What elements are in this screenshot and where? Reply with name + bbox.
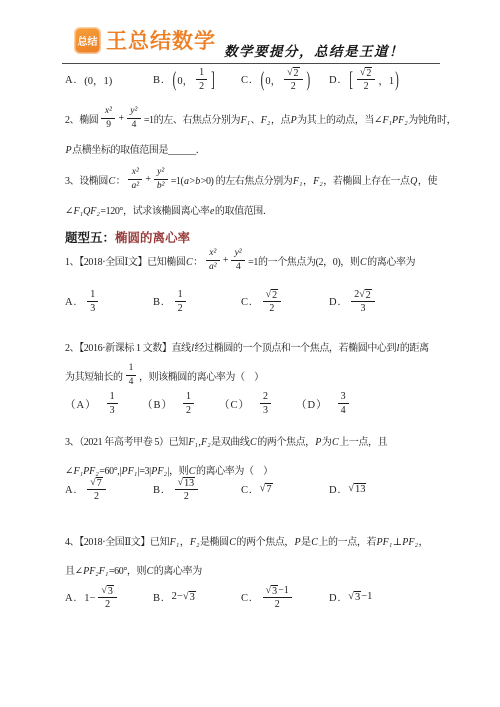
problem-line: 2、椭圆x²9+y²4=1的左、右焦点分别为F₁、F₂，点P为其上的动点，当∠F… [65, 106, 448, 132]
header-slogan: 数学要提分，总结是王道！ [224, 40, 404, 60]
fraction-numerator: 2√2 [351, 289, 374, 302]
text-run: + [118, 113, 123, 124]
text-run: ，1 [378, 73, 394, 88]
radicand: 13 [354, 483, 367, 496]
option-label: D. [329, 75, 341, 86]
option-c: C.√22 [241, 286, 329, 318]
text-run: 4、【2018·全国Ⅱ文】已知F₁，F₂是椭圆C的两个焦点，P是C上的一点，若P… [65, 533, 428, 548]
fraction: 34 [338, 391, 349, 418]
fraction-numerator: x² [206, 248, 220, 261]
brand-logo: 总结 王总结数学 [74, 25, 216, 55]
fraction: 14 [126, 363, 136, 389]
option-label: A. [65, 593, 77, 604]
radicand: 3 [271, 585, 278, 597]
radicand: 3 [107, 585, 114, 597]
option-label: B. [153, 297, 165, 308]
options-row: A.1−√32B.2−√3C.√3−12D.√3−1 [65, 582, 448, 614]
fraction-numerator: 1 [183, 391, 194, 404]
text-run: √13 [348, 483, 366, 496]
fraction: y²b² [154, 167, 168, 193]
text-run: 3、设椭圆C： [65, 172, 125, 187]
fraction-numerator: 1 [107, 391, 118, 404]
fraction-numerator: x² [101, 106, 115, 119]
problem-line: 为其短轴长的14，则该椭圆的离心率为（ ） [65, 363, 448, 389]
option-label: B. [153, 75, 165, 86]
radical: √3 [183, 591, 196, 604]
fraction: √22 [263, 289, 281, 316]
fraction-denominator: 3 [110, 404, 115, 417]
text-run: + [223, 255, 228, 266]
text-run: P点横坐标的取值范围是______． [65, 141, 205, 156]
option-c: C.√7 [241, 474, 329, 506]
radicand: 3 [189, 591, 196, 604]
stretch-bracket: ) [394, 68, 400, 91]
fraction-numerator: 1 [126, 363, 136, 376]
fraction-denominator: 2 [199, 80, 204, 93]
text-run: =1的左、右焦点分别为F₁、F₂，点P为其上的动点，当∠F₁PF₂为钝角时， [144, 111, 456, 126]
text-run: ∠F₁QF₂=120°，试求该椭圆离心率e的取值范围． [65, 202, 273, 217]
stretch-bracket: [ [348, 68, 354, 91]
fraction-denominator: 2 [184, 490, 189, 503]
option-label: D. [329, 485, 341, 496]
option-b: B.(0，12] [153, 64, 241, 96]
fraction-numerator: y² [127, 106, 141, 119]
stretch-bracket: ( [172, 68, 178, 91]
radical: √3 [101, 585, 113, 597]
radical: √2 [360, 67, 372, 79]
problem-text: 2、椭圆x²9+y²4=1的左、右焦点分别为F₁、F₂，点P为其上的动点，当∠F… [65, 106, 448, 166]
fraction-numerator: √13 [175, 477, 198, 490]
option-label: A. [65, 75, 77, 86]
fraction-denominator: 4 [129, 376, 133, 389]
option-label: （A） [65, 397, 97, 412]
fraction-denominator: 3 [263, 404, 268, 417]
fraction-denominator: 3 [90, 302, 95, 315]
fraction: √22 [357, 67, 375, 94]
options-row: （A）13（B）12（C）23（D）34 [65, 388, 448, 420]
option-label: D. [329, 297, 341, 308]
fraction-denominator: 4 [236, 261, 240, 274]
fraction-numerator: √3 [98, 585, 116, 598]
fraction-numerator: 1 [87, 289, 98, 302]
fraction-numerator: √2 [284, 67, 302, 80]
fraction: 23 [260, 391, 271, 418]
radical: √2 [359, 289, 371, 301]
option-label: C. [241, 485, 253, 496]
option-b: B.√132 [153, 474, 241, 506]
radical: √3 [266, 585, 278, 597]
problem-text: 3、设椭圆C：x²a²+y²b²=1(a>b>0) 的左右焦点分别为F₁，F₂，… [65, 167, 448, 227]
fraction: √22 [284, 67, 302, 94]
fraction-denominator: 2 [178, 302, 183, 315]
option-label: B. [153, 593, 165, 604]
text-run: 1、【2018·全国Ⅰ文】已知椭圆C： [65, 253, 203, 268]
fraction: 13 [107, 391, 118, 418]
fraction-denominator: 2 [275, 598, 280, 611]
fraction-denominator: 2 [364, 80, 369, 93]
option-label: D. [329, 593, 341, 604]
fraction-denominator: 2 [269, 302, 274, 315]
fraction-denominator: a² [209, 261, 218, 274]
fraction-numerator: 2 [260, 391, 271, 404]
radicand: 2 [271, 289, 278, 301]
radicand: 3 [354, 591, 361, 604]
fraction: 12 [196, 67, 207, 94]
fraction-denominator: 2 [186, 404, 191, 417]
text-run: 且∠PF₂F₁=60°，则C的离心率为 [65, 562, 202, 577]
stretch-bracket: ) [306, 68, 312, 91]
option-a: A.13 [65, 286, 153, 318]
text-run: 0， [177, 73, 193, 88]
option-a: （A）13 [65, 388, 142, 420]
option-label: （D） [296, 397, 328, 412]
radicand: 2 [365, 289, 372, 301]
text-run: =1的一个焦点为(2，0)，则C的离心率为 [248, 253, 415, 268]
text-run: 2、【2016·新课标 1 文数】直线l经过椭圆的一个顶点和一个焦点，若椭圆中心… [65, 339, 429, 354]
radical: √7 [260, 483, 273, 496]
option-label: （C） [219, 397, 250, 412]
option-label: C. [241, 593, 253, 604]
stretch-bracket: ] [210, 68, 216, 91]
fraction: 12 [175, 289, 186, 316]
option-label: B. [153, 485, 165, 496]
fraction-denominator: 9 [106, 119, 110, 132]
problem-text: 4、【2018·全国Ⅱ文】已知F₁，F₂是椭圆C的两个焦点，P是C上的一点，若P… [65, 528, 448, 586]
fraction: y²4 [231, 248, 245, 274]
text-run: ，则该椭圆的离心率为（ ） [139, 368, 264, 383]
text-run: 0， [265, 73, 281, 88]
option-label: A. [65, 485, 77, 496]
option-d: D.2√23 [329, 286, 378, 318]
worksheet-page: 总结 王总结数学 数学要提分，总结是王道！ A.(0，1)B.(0，12]C.(… [0, 0, 500, 707]
fraction-numerator: y² [154, 167, 168, 180]
fraction-denominator: 4 [341, 404, 346, 417]
fraction-denominator: 2 [94, 490, 99, 503]
options-row: A.13B.12C.√22D.2√23 [65, 286, 448, 318]
radicand: 7 [265, 483, 272, 496]
option-a: A.(0，1) [65, 64, 153, 96]
problem-line: 3、设椭圆C：x²a²+y²b²=1(a>b>0) 的左右焦点分别为F₁，F₂，… [65, 167, 448, 193]
option-d: D.√3−1 [329, 582, 372, 614]
fraction-numerator: x² [128, 167, 142, 180]
fraction: y²4 [127, 106, 141, 132]
options-row: A.(0，1)B.(0，12]C.(0，√22)D.[√22，1) [65, 64, 448, 96]
radical: √7 [90, 477, 102, 489]
radicand: 7 [96, 477, 103, 489]
text-run: 3、（2021 年高考甲卷 5）已知F₁,F₂是双曲线C的两个焦点，P为C上一点… [65, 433, 387, 448]
option-a: A.√72 [65, 474, 153, 506]
fraction-numerator: 1 [196, 67, 207, 80]
options-row: A.√72B.√132C.√7D.√13 [65, 474, 448, 506]
stretch-bracket: ( [260, 68, 266, 91]
fraction: √3−12 [263, 585, 292, 612]
radical: √3 [348, 591, 361, 604]
fraction-denominator: a² [131, 180, 140, 193]
option-a: A.1−√32 [65, 582, 153, 614]
fraction: √132 [175, 477, 198, 504]
radical: √2 [266, 289, 278, 301]
fraction: √72 [87, 477, 105, 504]
radicand: 2 [293, 67, 300, 79]
problem-text: 1、【2018·全国Ⅰ文】已知椭圆C：x²a²+y²4=1的一个焦点为(2，0)… [65, 248, 448, 279]
page-header: 总结 王总结数学 数学要提分，总结是王道！ [62, 0, 440, 64]
section-heading: 题型五：椭圆的离心率 [65, 228, 448, 246]
problem-text: 2、【2016·新课标 1 文数】直线l经过椭圆的一个顶点和一个焦点，若椭圆中心… [65, 334, 448, 394]
text-run: 为其短轴长的 [65, 368, 123, 383]
fraction-numerator: √2 [357, 67, 375, 80]
section-heading-prefix: 题型五： [65, 231, 115, 245]
fraction-denominator: 2 [105, 598, 110, 611]
problem-line: 3、（2021 年高考甲卷 5）已知F₁,F₂是双曲线C的两个焦点，P为C上一点… [65, 428, 448, 452]
radicand: 13 [183, 477, 195, 489]
fraction-numerator: √7 [87, 477, 105, 490]
option-d: （D）34 [296, 388, 373, 420]
fraction-denominator: 2 [291, 80, 296, 93]
fraction-denominator: 3 [360, 302, 365, 315]
text-run: =1(a>b>0) 的左右焦点分别为F₁，F₂，若椭圆上存在一点Q，使 [171, 172, 437, 187]
fraction-denominator: b² [156, 180, 165, 193]
text-run: √7 [260, 483, 273, 496]
problem-line: ∠F₁QF₂=120°，试求该椭圆离心率e的取值范围． [65, 198, 448, 222]
text-run: √3−1 [348, 591, 372, 604]
text-run: 2、椭圆 [65, 111, 98, 126]
fraction-numerator: 3 [338, 391, 349, 404]
option-d: D.√13 [329, 474, 366, 506]
option-b: B.12 [153, 286, 241, 318]
fraction: √32 [98, 585, 116, 612]
problem-line: 2、【2016·新课标 1 文数】直线l经过椭圆的一个顶点和一个焦点，若椭圆中心… [65, 334, 448, 358]
fraction: 13 [87, 289, 98, 316]
text-run: 1− [84, 593, 95, 604]
fraction: x²a² [206, 248, 220, 274]
fraction: 12 [183, 391, 194, 418]
text-run: + [145, 174, 150, 185]
option-b: B.2−√3 [153, 582, 241, 614]
problem-line: 且∠PF₂F₁=60°，则C的离心率为 [65, 557, 448, 581]
problem-line: 4、【2018·全国Ⅱ文】已知F₁，F₂是椭圆C的两个焦点，P是C上的一点，若P… [65, 528, 448, 552]
option-b: （B）12 [142, 388, 219, 420]
option-c: C.√3−12 [241, 582, 329, 614]
fraction-numerator: √3−1 [263, 585, 292, 598]
radical: √13 [348, 483, 366, 496]
radical: √2 [287, 67, 299, 79]
option-d: D.[√22，1) [329, 64, 400, 96]
section-heading-title: 椭圆的离心率 [115, 231, 190, 245]
text-run: (0，1) [84, 73, 112, 88]
option-label: （B） [142, 397, 173, 412]
option-c: （C）23 [219, 388, 296, 420]
problem-line: 1、【2018·全国Ⅰ文】已知椭圆C：x²a²+y²4=1的一个焦点为(2，0)… [65, 248, 448, 274]
brand-logo-icon: 总结 [74, 27, 101, 54]
option-c: C.(0，√22) [241, 64, 329, 96]
fraction-numerator: 1 [175, 289, 186, 302]
brand-logo-text: 王总结数学 [106, 25, 216, 55]
option-label: C. [241, 297, 253, 308]
fraction-denominator: 4 [132, 119, 136, 132]
fraction: x²9 [101, 106, 115, 132]
option-label: A. [65, 297, 77, 308]
radical: √13 [178, 477, 195, 489]
fraction: 2√23 [351, 289, 374, 316]
fraction-numerator: √2 [263, 289, 281, 302]
radicand: 2 [365, 67, 372, 79]
problem-line: P点横坐标的取值范围是______． [65, 137, 448, 161]
fraction: x²a² [128, 167, 142, 193]
fraction-numerator: y² [231, 248, 245, 261]
option-label: C. [241, 75, 253, 86]
text-run: 2−√3 [172, 591, 196, 604]
